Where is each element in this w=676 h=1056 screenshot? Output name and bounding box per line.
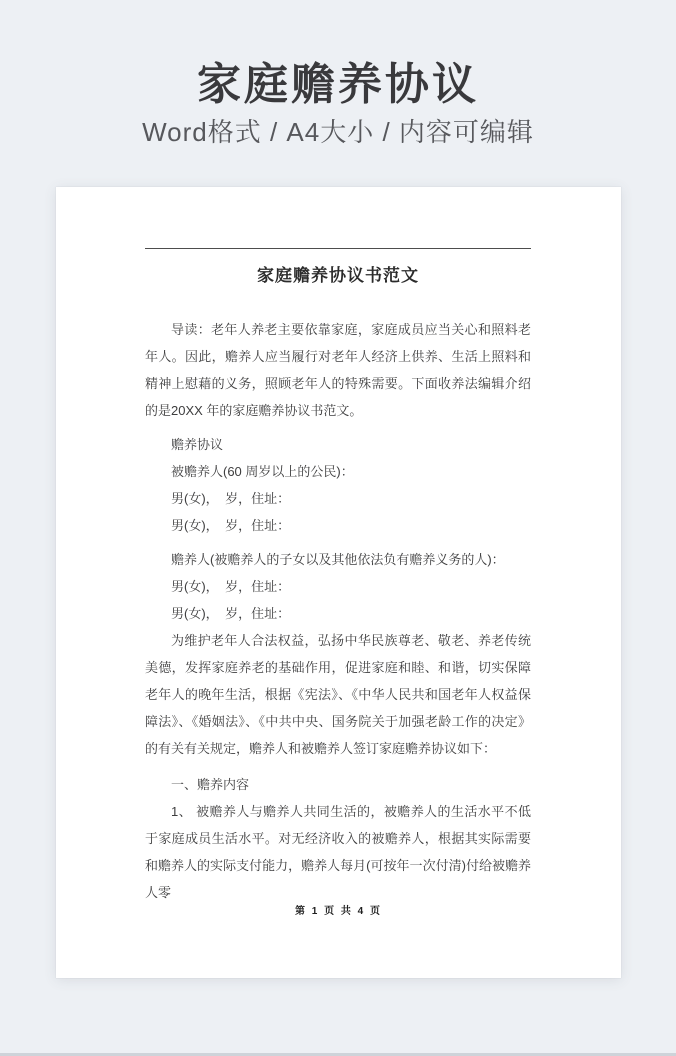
document-page: 家庭赡养协议书范文 导读：老年人养老主要依靠家庭，家庭成员应当关心和照料老年人。… xyxy=(56,187,621,978)
paragraph-supported-person: 被赡养人(60 周岁以上的公民)： xyxy=(145,458,531,485)
paragraph-agreement-heading: 赡养协议 xyxy=(145,431,531,458)
page-number: 第 1 页 共 4 页 xyxy=(56,905,621,918)
paragraph-person-line: 男(女)， 岁，住址： xyxy=(145,512,531,539)
paragraph-clause-1: 1、 被赡养人与赡养人共同生活的，被赡养人的生活水平不低于家庭成员生活水平。对无… xyxy=(145,798,531,906)
paragraph-person-line: 男(女)， 岁，住址： xyxy=(145,600,531,627)
document-content: 家庭赡养协议书范文 导读：老年人养老主要依靠家庭，家庭成员应当关心和照料老年人。… xyxy=(145,187,531,906)
paragraph-person-line: 男(女)， 岁，住址： xyxy=(145,573,531,600)
paragraph-section-heading: 一、赡养内容 xyxy=(145,771,531,798)
document-body: 导读：老年人养老主要依靠家庭，家庭成员应当关心和照料老年人。因此，赡养人应当履行… xyxy=(145,316,531,906)
paragraph-supporter: 赡养人(被赡养人的子女以及其他依法负有赡养义务的人)： xyxy=(145,546,531,573)
paragraph-intro: 导读：老年人养老主要依靠家庭，家庭成员应当关心和照料老年人。因此，赡养人应当履行… xyxy=(145,316,531,424)
paragraph-person-line: 男(女)， 岁，住址： xyxy=(145,485,531,512)
template-title: 家庭赡养协议 xyxy=(0,60,676,110)
template-subtitle: Word格式 / A4大小 / 内容可编辑 xyxy=(0,117,676,147)
template-header: 家庭赡养协议 Word格式 / A4大小 / 内容可编辑 xyxy=(0,0,676,147)
horizontal-rule xyxy=(145,248,531,249)
paragraph-preamble: 为维护老年人合法权益，弘扬中华民族尊老、敬老、养老传统美德，发挥家庭养老的基础作… xyxy=(145,627,531,762)
document-title: 家庭赡养协议书范文 xyxy=(145,266,531,286)
